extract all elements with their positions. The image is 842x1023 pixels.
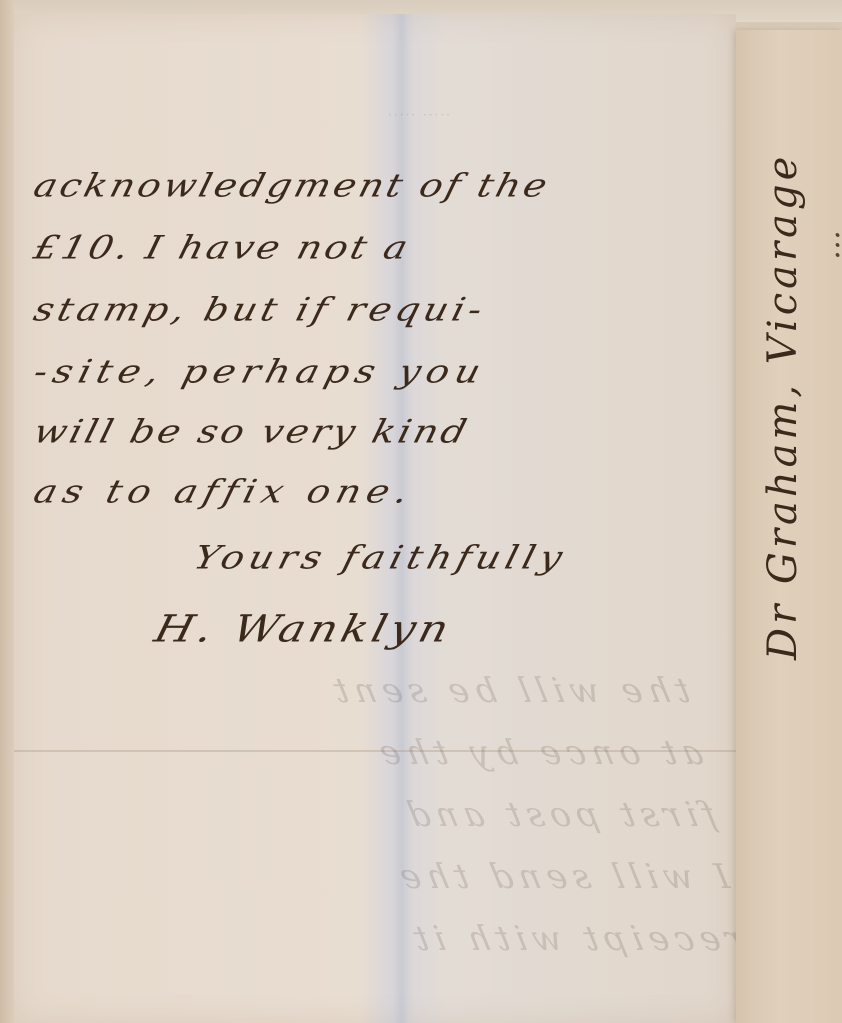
letter-photo: ····· ····· the will be sent at once by …: [0, 0, 842, 1023]
embossed-letterhead: ····· ·····: [300, 108, 540, 122]
letter-signature: H. Wanklyn: [150, 608, 457, 651]
letter-line-1: acknowledgment of the: [30, 167, 554, 204]
paper-edge: [0, 0, 14, 1023]
letter-line-5: will be so very kind: [30, 413, 473, 450]
letter-closing: Yours faithfully: [190, 539, 571, 576]
letter-line-3: stamp, but if requi-: [30, 291, 490, 328]
letter-line-4: -site, perhaps you: [30, 353, 491, 390]
margin-address-line-1: Dr Graham, Vicarage: [760, 153, 806, 660]
letter-line-2: £10. I have not a: [30, 229, 415, 266]
letter-line-6: as to affix one.: [30, 473, 418, 510]
margin-address-line-2: …: [812, 226, 842, 260]
bleed-through-text: the will be sent at once by the first po…: [0, 660, 757, 1010]
